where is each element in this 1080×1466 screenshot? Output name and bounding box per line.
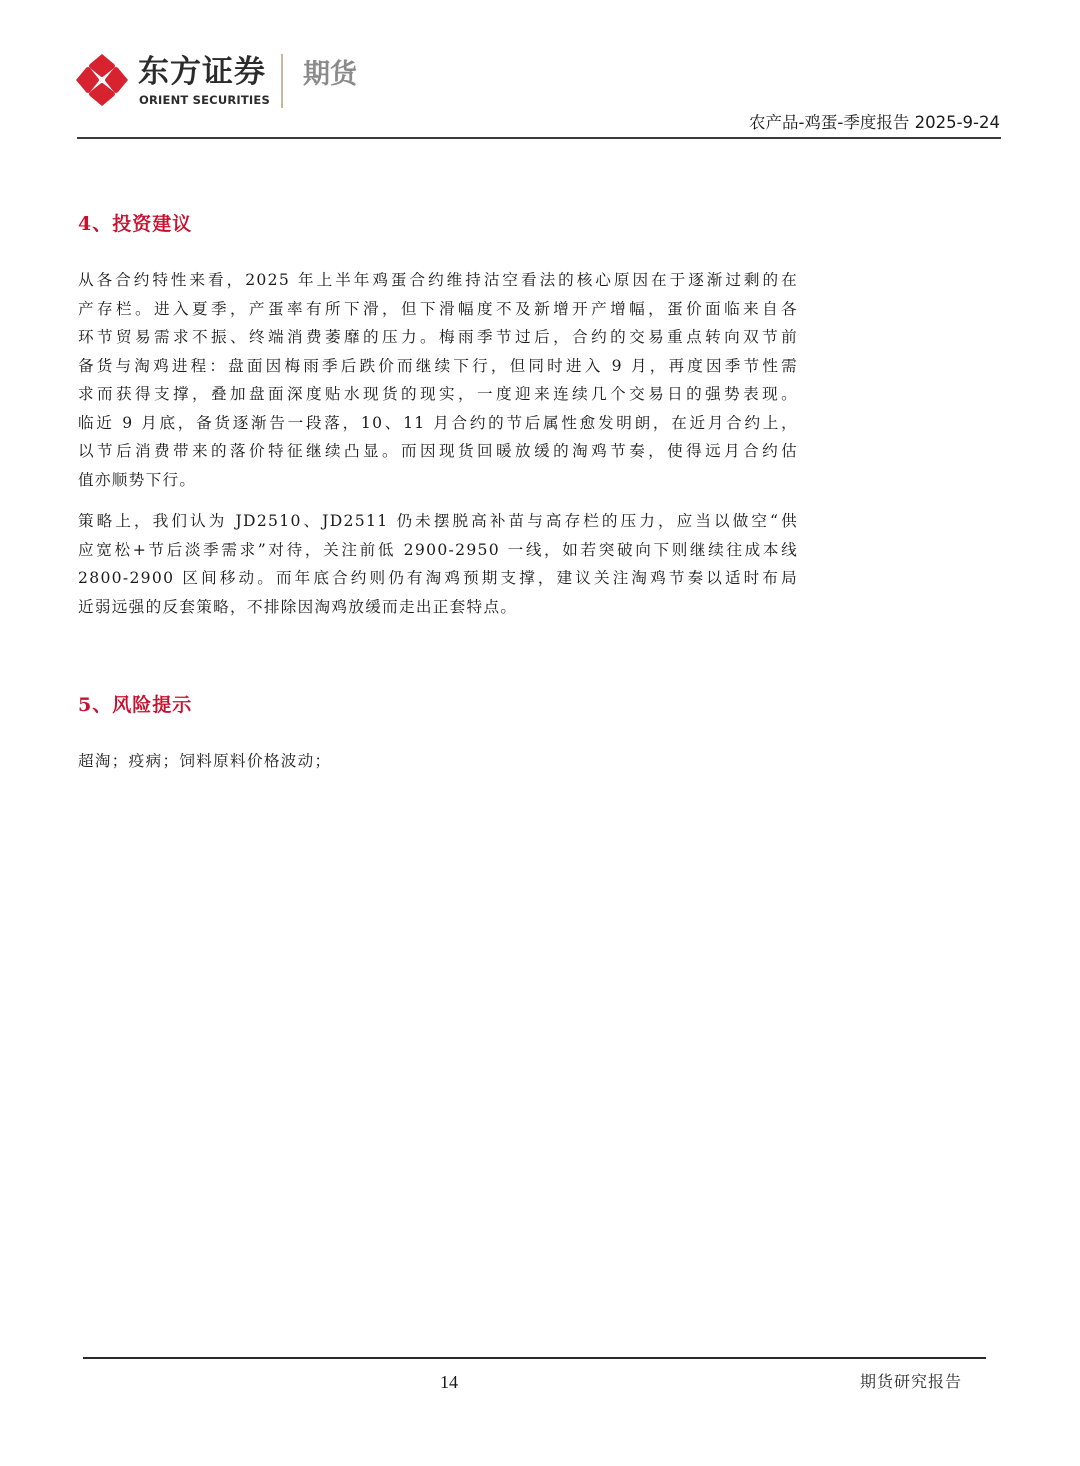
footer-divider — [83, 1357, 986, 1359]
paragraph-contract-analysis: 从各合约特性来看，2025 年上半年鸡蛋合约维持沽空看法的核心原因在于逐渐过剩的… — [78, 266, 798, 494]
text-line: 从各合约特性来看，2025 年上半年鸡蛋合约维持沽空看法的核心原因在于逐渐过剩的… — [78, 266, 798, 295]
orient-logo-icon — [74, 52, 130, 108]
footer-label: 期货研究报告 — [860, 1370, 962, 1394]
paragraph-risks: 超淘；疫病；饲料原料价格波动； — [78, 747, 798, 776]
text-line: 值亦顺势下行。 — [78, 466, 798, 495]
section-title-risk-warning: 5、风险提示 — [78, 692, 192, 718]
text-line: 超淘；疫病；饲料原料价格波动； — [78, 747, 798, 776]
text-line: 求而获得支撑，叠加盘面深度贴水现货的现实，一度迎来连续几个交易日的强势表现。 — [78, 380, 798, 409]
text-line: 应宽松+节后淡季需求”对待，关注前低 2900-2950 一线，如若突破向下则继… — [78, 536, 798, 565]
brand-divider — [281, 54, 283, 108]
brand-name-cn: 东方证券 — [138, 54, 266, 90]
text-line: 以节后消费带来的落价特征继续凸显。而因现货回暖放缓的淘鸡节奏，使得远月合约估 — [78, 437, 798, 466]
text-line: 产存栏。进入夏季，产蛋率有所下滑，但下滑幅度不及新增开产增幅，蛋价面临来自各 — [78, 295, 798, 324]
paragraph-strategy: 策略上，我们认为 JD2510、JD2511 仍未摆脱高补苗与高存栏的压力，应当… — [78, 507, 798, 621]
text-line: 近弱远强的反套策略，不排除因淘鸡放缓而走出正套特点。 — [78, 593, 798, 622]
report-meta: 农产品-鸡蛋-季度报告 2025-9-24 — [749, 112, 1000, 134]
header-divider — [77, 137, 1001, 139]
section-title-investment-advice: 4、投资建议 — [78, 211, 192, 237]
brand-name-en: ORIENT SECURITIES — [139, 93, 270, 107]
text-line: 环节贸易需求不振、终端消费萎靡的压力。梅雨季节过后，合约的交易重点转向双节前 — [78, 323, 798, 352]
text-line: 备货与淘鸡进程：盘面因梅雨季后跌价而继续下行，但同时进入 9 月，再度因季节性需 — [78, 352, 798, 381]
text-line: 2800-2900 区间移动。而年底合约则仍有淘鸡预期支撑，建议关注淘鸡节奏以适… — [78, 564, 798, 593]
brand-subtitle: 期货 — [303, 58, 357, 92]
text-line: 策略上，我们认为 JD2510、JD2511 仍未摆脱高补苗与高存栏的压力，应当… — [78, 507, 798, 536]
page-number: 14 — [440, 1370, 458, 1394]
text-line: 临近 9 月底，备货逐渐告一段落，10、11 月合约的节后属性愈发明朗，在近月合… — [78, 409, 798, 438]
